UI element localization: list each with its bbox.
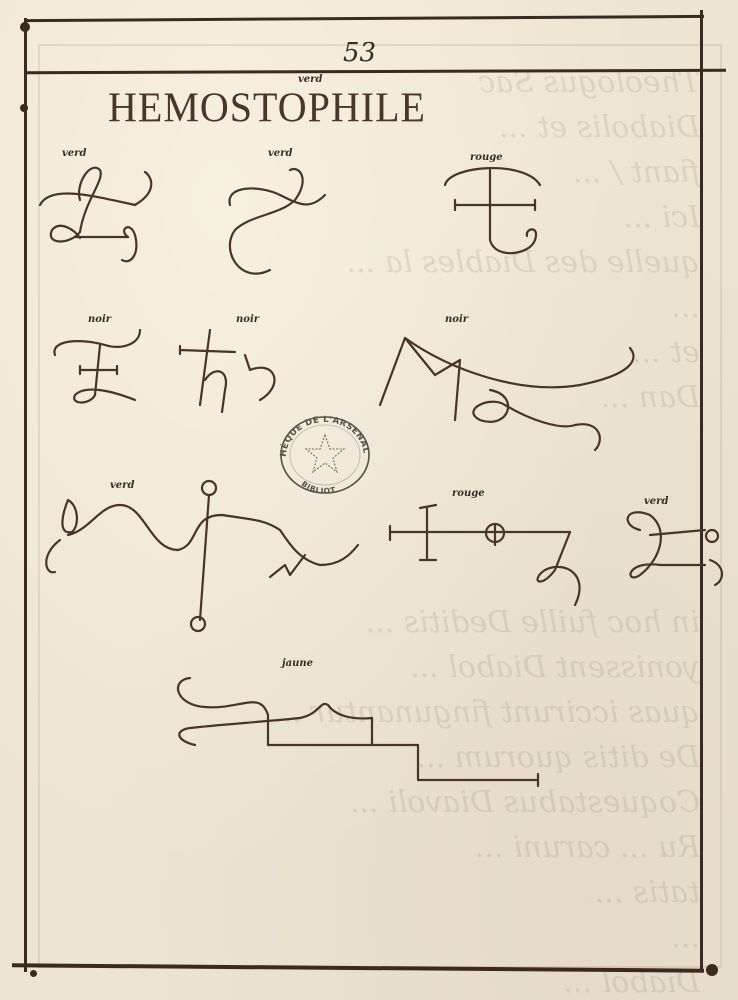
svg-text:BIBLIOT: BIBLIOT [300,479,337,495]
star-icon [306,435,344,472]
sigil-icon [180,330,274,412]
sigil-icon [445,168,540,253]
sigil-icon [230,169,325,274]
library-stamp: HÈQUE DE L'ARSENAL BIBLIOT [276,415,374,495]
sigil-icon [178,678,538,786]
sigil-icon [40,168,151,262]
sigil-icon [380,338,633,450]
sigil-drawings [0,0,738,1000]
stamp-text-bottom: BIBLIOT [300,479,337,495]
sigil-icon [46,481,358,631]
sigil-icon [54,330,140,403]
sigil-icon [628,512,722,585]
manuscript-page: Theologus Sac Diabolis et ... fiant / ..… [0,0,738,1000]
sigil-icon [390,505,580,605]
